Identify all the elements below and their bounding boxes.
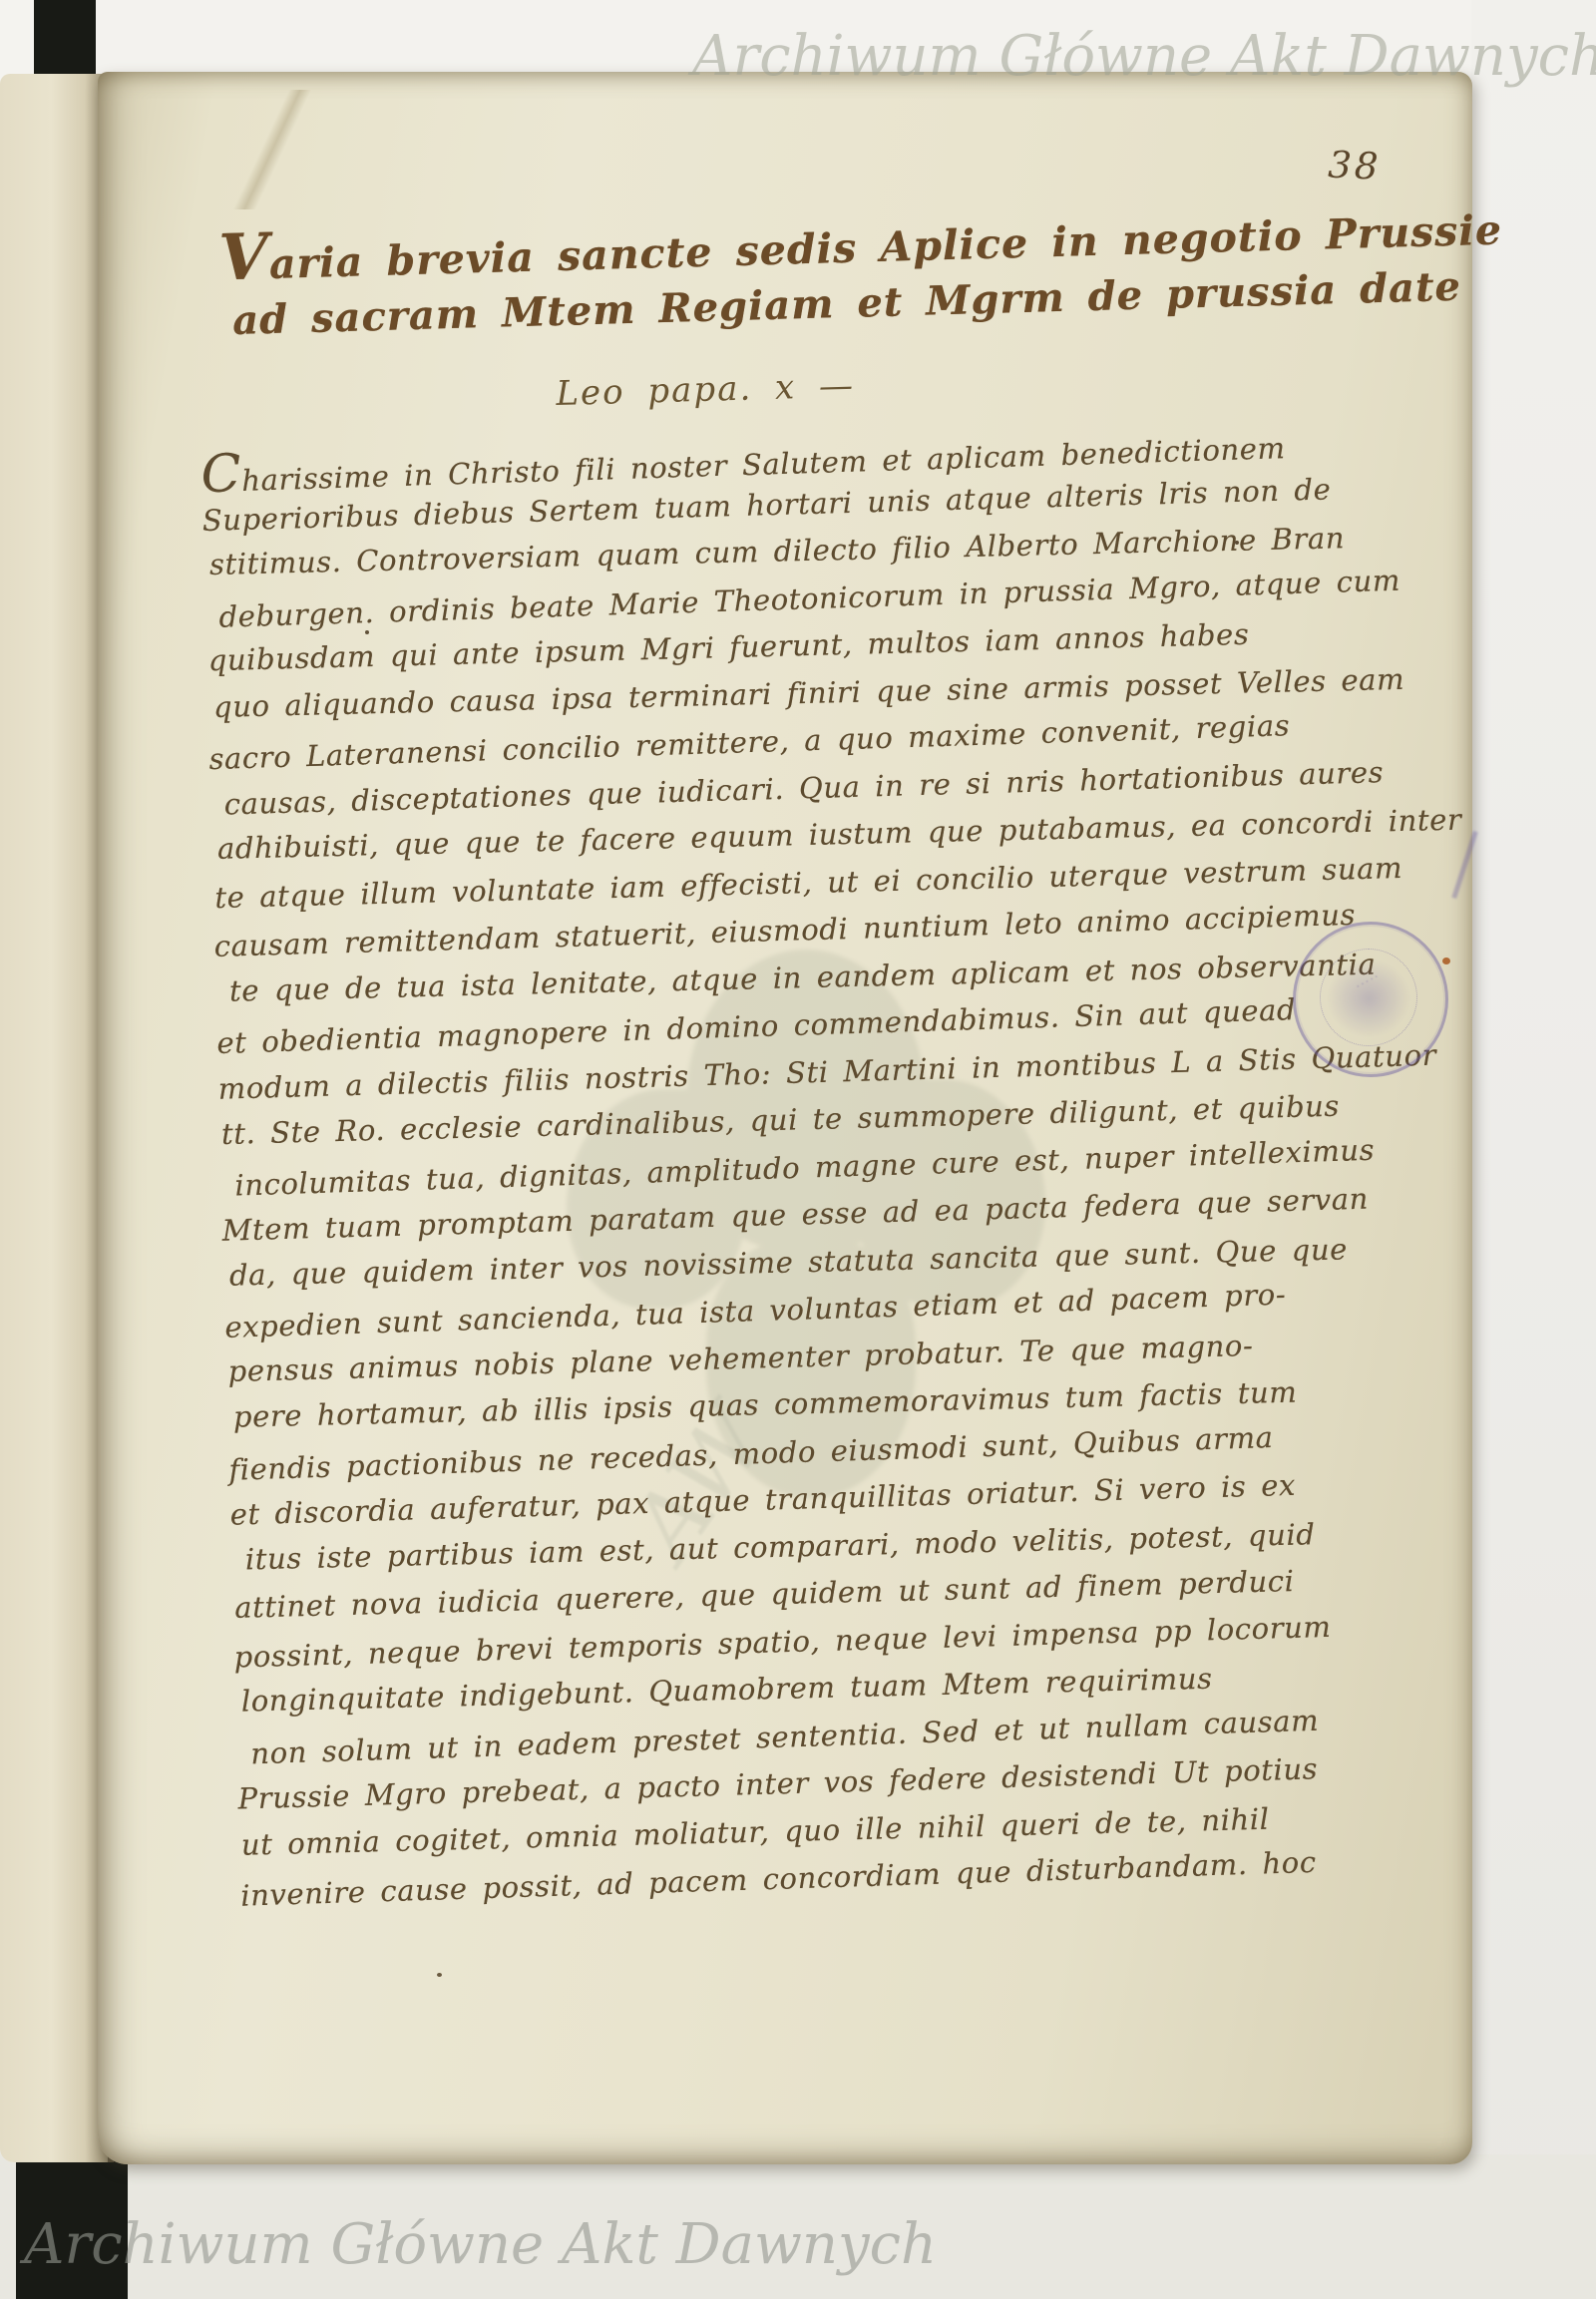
ink-speck bbox=[1235, 541, 1239, 545]
folio-number: 38 bbox=[1327, 144, 1382, 189]
ink-layer: 38 Varia brevia sancte sedis Aplice in n… bbox=[86, 38, 1518, 2168]
subheading-leo-papa: Leo papa. x — bbox=[556, 366, 856, 414]
agad-watermark-bottom: Archiwum Główne Akt Dawnych bbox=[24, 2212, 937, 2277]
body-text: Charissime in Christo fili noster Salute… bbox=[200, 414, 1523, 1918]
archival-ink-stamp: ····· bbox=[1293, 922, 1448, 1077]
agad-watermark-top: Archiwum Główne Akt Dawnych bbox=[692, 24, 1596, 89]
ink-speck bbox=[1442, 958, 1450, 964]
ink-speck bbox=[437, 1973, 442, 1977]
ink-speck bbox=[365, 630, 369, 634]
manuscript-page: AW 38 Varia brevia sancte sedis Aplice i… bbox=[98, 72, 1472, 2164]
